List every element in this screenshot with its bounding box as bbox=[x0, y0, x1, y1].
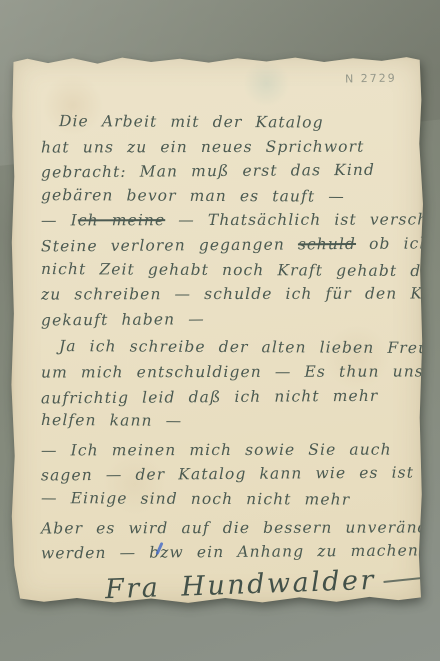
line-text: — I bbox=[41, 212, 78, 230]
line-text: sagen — der Katalog kann wie es ist bbox=[41, 464, 414, 485]
letter-paper-wrap: N 2729 Die Arbeit mit der Kataloghat uns… bbox=[11, 56, 423, 604]
letter-line: — Einige sind noch nicht mehr bbox=[41, 486, 407, 513]
line-text: aufrichtig leid daß ich nicht mehr bbox=[41, 386, 379, 407]
letter-line: um mich entschuldigen — Es thun uns bbox=[41, 359, 407, 385]
line-text: Die Arbeit mit der Katalog bbox=[59, 112, 324, 131]
letter-line: Steine verloren gegangen schuld ob ich bbox=[41, 232, 407, 259]
struck-text: ch meine bbox=[78, 212, 165, 230]
line-text: Steine verloren gegangen bbox=[41, 235, 298, 255]
letter-line: gekauft haben — bbox=[41, 305, 407, 332]
line-text: Ja ich schreibe der alten lieben Freund bbox=[59, 337, 440, 357]
letter-line: aufrichtig leid daß ich nicht mehr bbox=[41, 383, 407, 410]
letter-paper: N 2729 Die Arbeit mit der Kataloghat uns… bbox=[11, 56, 423, 604]
line-text: werden — bzw ein Anhang zu machen bbox=[41, 542, 419, 563]
line-text: — Thatsächlich ist verschieden bbox=[165, 211, 440, 230]
line-text: hat uns zu ein neues Sprichwort bbox=[41, 137, 364, 156]
letter-line: gebracht: Man muß erst das Kind bbox=[41, 158, 407, 185]
line-text: nicht Zeit gehabt noch Kraft gehabt den bbox=[41, 260, 440, 280]
letter-line: helfen kann — bbox=[41, 408, 407, 435]
letter-line: Aber es wird auf die bessern unverändert bbox=[41, 515, 407, 541]
photo-background: { "stamp": { "label": "N 2729" }, "lette… bbox=[0, 0, 440, 661]
letter-line: hat uns zu ein neues Sprichwort bbox=[41, 134, 407, 160]
line-text: — Einige sind noch nicht mehr bbox=[41, 489, 350, 509]
line-text: um mich entschuldigen — Es thun uns bbox=[41, 362, 424, 381]
letter-line: zu schreiben — schulde ich für den Katal… bbox=[41, 282, 407, 308]
letter-line: nicht Zeit gehabt noch Kraft gehabt den bbox=[41, 257, 407, 284]
line-text: gekauft haben — bbox=[41, 310, 205, 329]
letter-line: gebären bevor man es tauft — bbox=[41, 183, 407, 210]
line-text: Aber es wird auf die bessern unverändert bbox=[41, 518, 440, 537]
letter-line: — Ich meine — Thatsächlich ist verschied… bbox=[41, 208, 407, 234]
line-text: zu schreiben — schulde ich für den Katal… bbox=[41, 284, 440, 303]
line-text: helfen kann — bbox=[41, 411, 182, 430]
letter-line: Ja ich schreibe der alten lieben Freund bbox=[41, 334, 407, 361]
line-text: gebracht: Man muß erst das Kind bbox=[41, 161, 375, 182]
letter-line: — Ich meinen mich sowie Sie auch bbox=[41, 437, 407, 463]
letter-line: sagen — der Katalog kann wie es ist bbox=[41, 461, 407, 488]
line-text: gebären bevor man es tauft — bbox=[41, 186, 345, 206]
letter-line: Die Arbeit mit der Katalog bbox=[41, 109, 407, 136]
line-text: — Ich meinen mich sowie Sie auch bbox=[41, 440, 392, 459]
line-text: ob ich bbox=[356, 234, 431, 253]
struck-text: schuld bbox=[298, 235, 356, 253]
signature: Fra Hundwalder bbox=[105, 563, 408, 605]
letter-line: werden — bzw ein Anhang zu machen bbox=[41, 539, 407, 566]
letter-body: Die Arbeit mit der Kataloghat uns zu ein… bbox=[11, 56, 423, 604]
